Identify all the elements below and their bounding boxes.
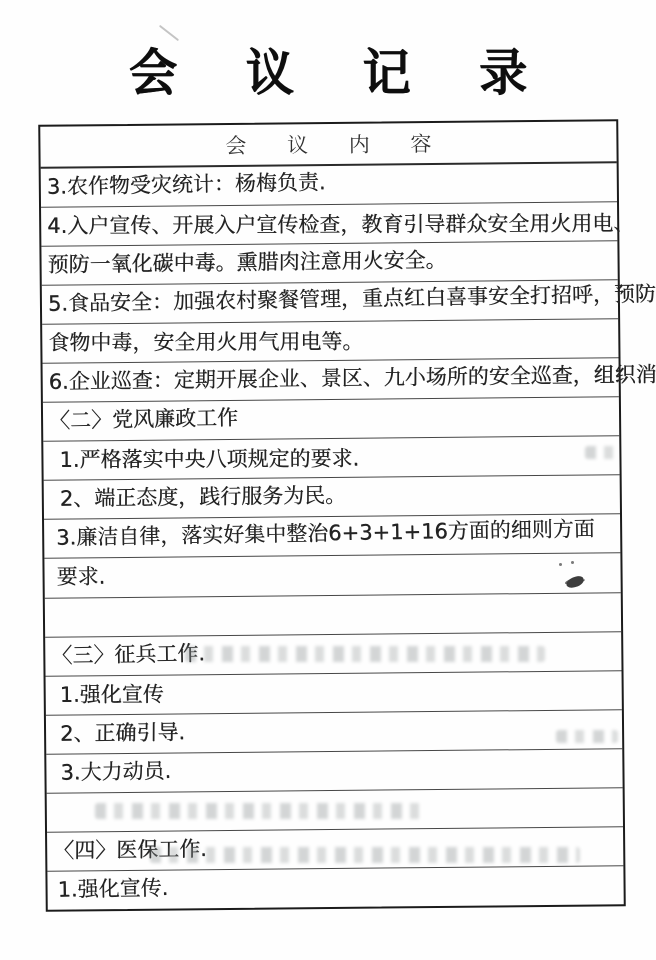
handwritten-text: 3.廉洁自律，落实好集中整治6+3+1+16方面的细则方面: [44, 511, 621, 558]
meeting-content-table: 会 议 内 容 3.农作物受灾统计：杨梅负责.4.入户宣传、开展入户宣传检查，教…: [38, 119, 626, 912]
handwritten-text: 要求.: [45, 557, 621, 597]
handwritten-text: 4.入户宣传、开展入户宣传检查，教育引导群众安全用火用电、: [41, 205, 617, 245]
bleed-through-smudge: [585, 446, 621, 459]
handwritten-text: 1.严格落实中央八项规定的要求.: [43, 440, 619, 480]
ink-dot: [559, 563, 562, 566]
ruled-row: 1.强化宣传: [46, 671, 622, 716]
ruled-row: 要求.: [44, 554, 620, 599]
scanned-page: 会 议 记 录 会 议 内 容 3.农作物受灾统计：杨梅负责.4.入户宣传、开展…: [0, 0, 656, 960]
page-title: 会 议 记 录: [0, 33, 656, 105]
ruled-row: 1.强化宣传.: [47, 866, 623, 910]
handwritten-text: 5.食品安全：加强农村聚餐管理，重点红白喜事安全打招呼，预防: [42, 276, 619, 323]
bleed-through-smudge: [150, 847, 580, 863]
ink-dot: [571, 561, 574, 564]
handwritten-text: 〈二〉党风廉政工作: [43, 394, 620, 441]
ruled-row: 3.农作物受灾统计：杨梅负责.: [41, 163, 617, 208]
ruled-row: 3.大力动员.: [46, 749, 622, 794]
table-rows: 3.农作物受灾统计：杨梅负责.4.入户宣传、开展入户宣传检查，教育引导群众安全用…: [41, 163, 624, 909]
ruled-row: 3.廉洁自律，落实好集中整治6+3+1+16方面的细则方面: [44, 515, 620, 560]
handwritten-text: 1.强化宣传: [46, 674, 622, 714]
bleed-through-smudge: [185, 646, 545, 662]
ruled-row: 〈二〉党风廉政工作: [43, 398, 619, 443]
bleed-through-smudge: [556, 730, 618, 743]
handwritten-text: 食物中毒，安全用火用气用电等。: [42, 322, 618, 362]
bleed-through-smudge: [95, 803, 425, 819]
ruled-row: 5.食品安全：加强农村聚餐管理，重点红白喜事安全打招呼，预防: [42, 280, 618, 325]
